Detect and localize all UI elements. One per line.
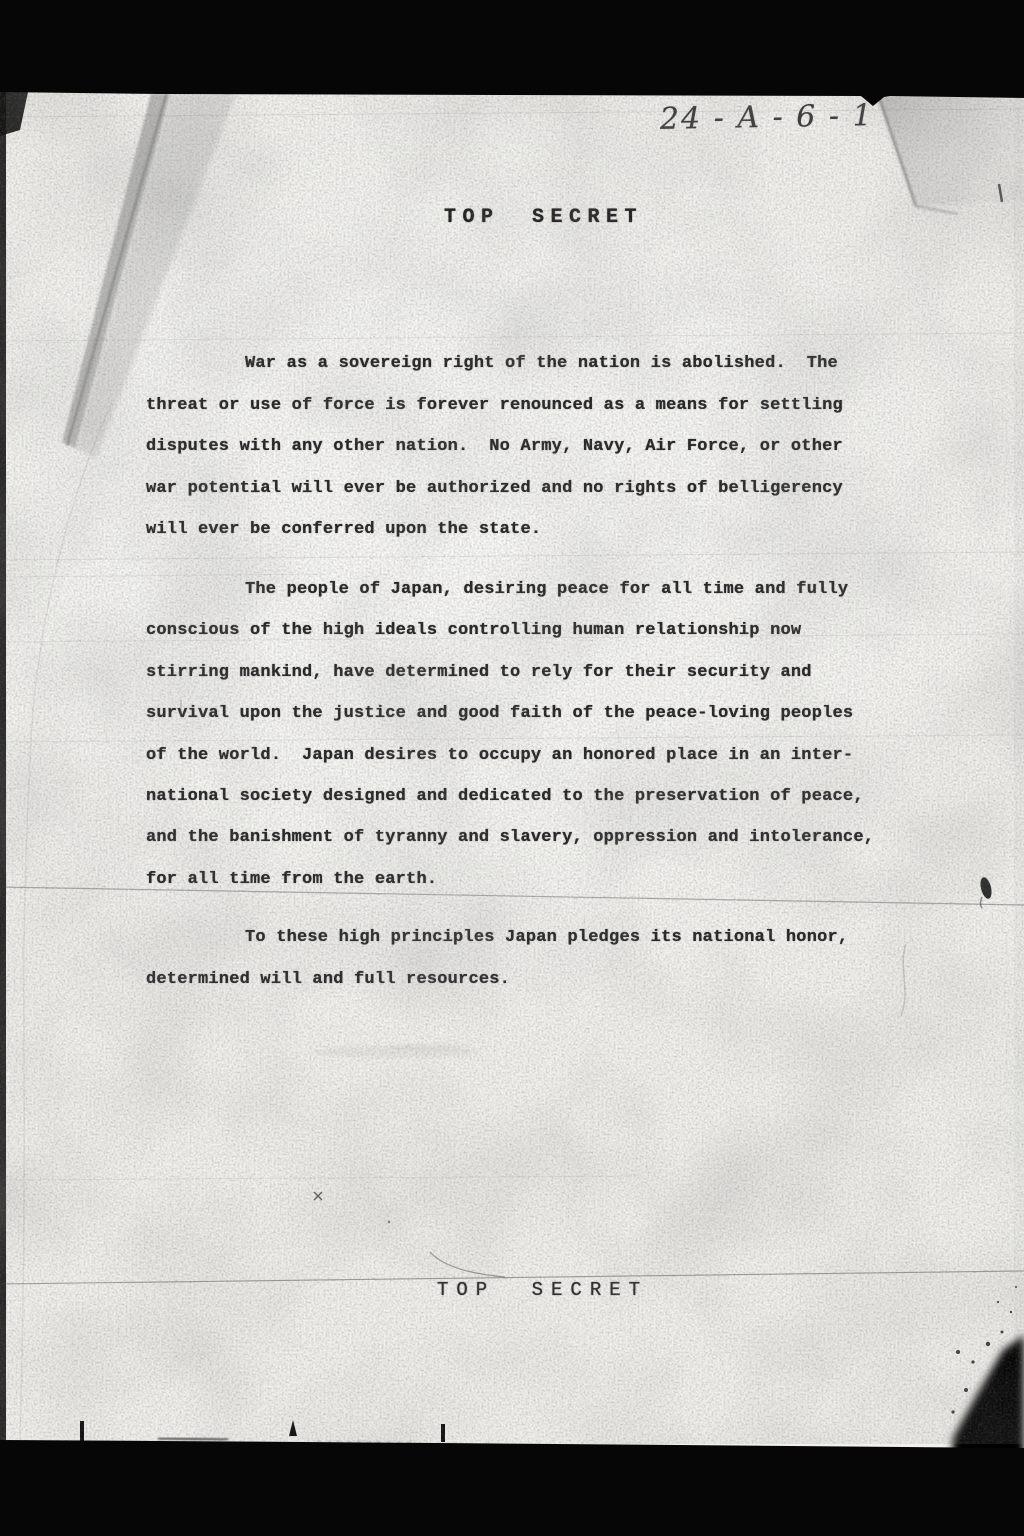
- film-edge-bottom: [0, 1437, 1024, 1536]
- text-line: determined will and full resources.: [146, 959, 906, 1001]
- body-paragraph-1: War as a sovereign right of the nation i…: [146, 343, 906, 551]
- text-line: will ever be conferred upon the state.: [146, 509, 906, 551]
- scanned-document-page: 24 - A - 6 - 1 TOP SECRET War as a sover…: [0, 0, 1024, 1536]
- classification-header: TOP SECRET: [444, 206, 643, 229]
- text-line: War as a sovereign right of the nation i…: [146, 343, 906, 385]
- text-line: survival upon the justice and good faith…: [146, 693, 906, 734]
- film-edge-top: [0, 0, 1024, 106]
- text-line: threat or use of force is forever renoun…: [146, 385, 906, 427]
- body-paragraph-2: The people of Japan, desiring peace for …: [146, 569, 906, 900]
- text-line: for all time from the earth.: [146, 859, 906, 900]
- body-paragraph-3: To these high principles Japan pledges i…: [146, 917, 906, 1001]
- text-line: war potential will ever be authorized an…: [146, 468, 906, 510]
- text-line: The people of Japan, desiring peace for …: [146, 569, 906, 610]
- text-line: conscious of the high ideals controlling…: [146, 610, 906, 651]
- text-line: national society designed and dedicated …: [146, 776, 906, 817]
- text-line: disputes with any other nation. No Army,…: [146, 426, 906, 468]
- text-line: of the world. Japan desires to occupy an…: [146, 735, 906, 776]
- text-line: To these high principles Japan pledges i…: [146, 917, 906, 959]
- text-line: and the banishment of tyranny and slaver…: [146, 817, 906, 858]
- classification-footer: TOP SECRET: [437, 1279, 648, 1301]
- handwritten-reference: 24 - A - 6 - 1: [660, 98, 874, 137]
- text-line: stirring mankind, have determined to rel…: [146, 652, 906, 693]
